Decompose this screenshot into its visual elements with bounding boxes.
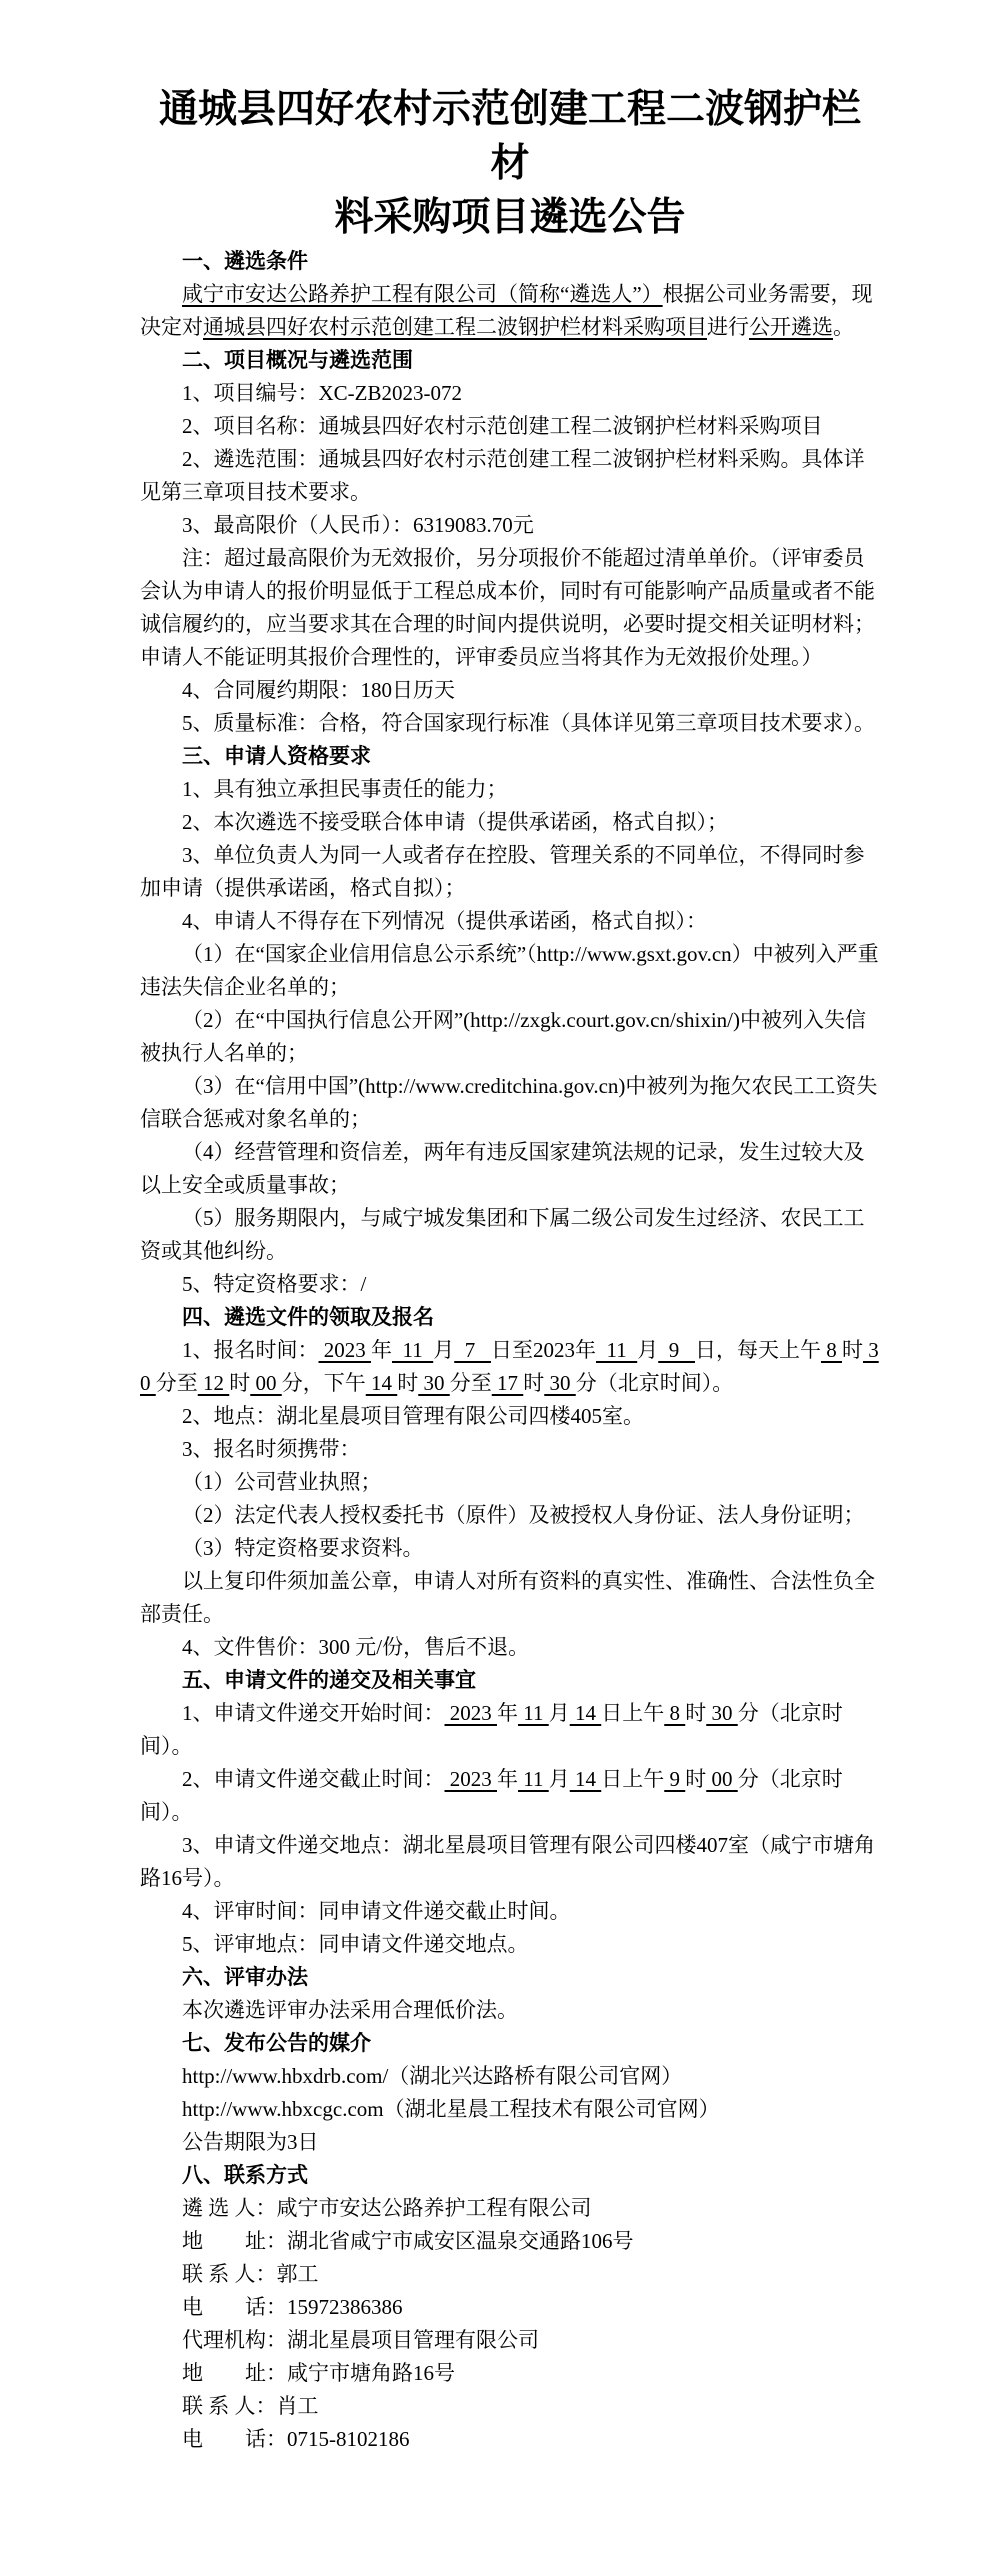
text-run: http://www.hbxcgc.com（湖北星晨工程技术有限公司官网） [182, 2097, 720, 2121]
paragraph: 1、报名时间： 2023 年 11 月 7 日至2023年 11 月 9 日，每… [140, 1334, 880, 1400]
text-run: 日上午 [601, 1701, 664, 1725]
text-run: 5、特定资格要求：/ [182, 1272, 366, 1296]
paragraph: 4、申请人不得存在下列情况（提供承诺函，格式自拟）： [140, 905, 880, 938]
text-run: 3、单位负责人为同一人或者存在控股、管理关系的不同单位，不得同时参加申请（提供承… [140, 843, 865, 900]
paragraph: 注：超过最高限价为无效报价，另分项报价不能超过清单单价。（评审委员会认为申请人的… [140, 542, 880, 674]
paragraph: 2、本次遴选不接受联合体申请（提供承诺函，格式自拟）； [140, 806, 880, 839]
text-run: 分至 [450, 1371, 492, 1395]
underlined-text: 9 [664, 1767, 685, 1791]
paragraph: 3、报名时须携带： [140, 1433, 880, 1466]
section-heading: 五、申请文件的递交及相关事宜 [140, 1664, 880, 1697]
document-title: 通城县四好农村示范创建工程二波钢护栏材料采购项目遴选公告 [140, 83, 880, 245]
text-run: http://www.hbxdrb.com/（湖北兴达路桥有限公司官网） [182, 2064, 682, 2088]
text-run: 四、遴选文件的领取及报名 [182, 1306, 434, 1329]
paragraph: 电 话：0715-8102186 [140, 2423, 880, 2456]
paragraph: 3、申请文件递交地点：湖北星晨项目管理有限公司四楼407室（咸宁市塘角路16号）… [140, 1829, 880, 1895]
text-run: 2、项目名称：通城县四好农村示范创建工程二波钢护栏材料采购项目 [182, 414, 823, 438]
text-run: 年 [497, 1767, 518, 1791]
paragraph: （4）经营管理和资信差，两年有违反国家建筑法规的记录，发生过较大及以上安全或质量… [140, 1136, 880, 1202]
underlined-text: 8 [664, 1701, 685, 1725]
section-heading: 三、申请人资格要求 [140, 740, 880, 773]
text-run: 代理机构：湖北星晨项目管理有限公司 [182, 2328, 539, 2352]
text-run: （1）公司营业执照； [182, 1470, 382, 1494]
text-run: （3）特定资格要求资料。 [182, 1536, 424, 1560]
paragraph: （3）特定资格要求资料。 [140, 1532, 880, 1565]
paragraph: 联 系 人：郭工 [140, 2258, 880, 2291]
underlined-text: 咸宁市安达公路养护工程有限公司（简称“遴选人”） [182, 282, 663, 306]
paragraph: http://www.hbxdrb.com/（湖北兴达路桥有限公司官网） [140, 2060, 880, 2093]
underlined-text: 2023 [445, 1701, 498, 1725]
text-run: 3、申请文件递交地点：湖北星晨项目管理有限公司四楼407室（咸宁市塘角路16号）… [140, 1833, 875, 1890]
paragraph: 2、申请文件递交截止时间： 2023 年 11 月 14 日上午 9 时 00 … [140, 1763, 880, 1829]
paragraph: （1）公司营业执照； [140, 1466, 880, 1499]
text-run: 3、最高限价（人民币）：6319083.70元 [182, 513, 534, 537]
paragraph: 1、项目编号：XC-ZB2023-072 [140, 377, 880, 410]
text-run: 4、合同履约期限：180日历天 [182, 678, 455, 702]
underlined-text: 2023 [319, 1338, 372, 1362]
text-run: 日，每天上午 [695, 1338, 821, 1362]
paragraph: 4、评审时间：同申请文件递交截止时间。 [140, 1895, 880, 1928]
paragraph: 3、最高限价（人民币）：6319083.70元 [140, 509, 880, 542]
underlined-text: 11 [518, 1701, 549, 1725]
paragraph: 咸宁市安达公路养护工程有限公司（简称“遴选人”）根据公司业务需要，现决定对通城县… [140, 278, 880, 344]
underlined-text: 7 [454, 1338, 491, 1362]
underlined-text: 14 [570, 1701, 602, 1725]
text-run: 地 址：湖北省咸宁市咸安区温泉交通路106号 [182, 2229, 634, 2253]
paragraph: http://www.hbxcgc.com（湖北星晨工程技术有限公司官网） [140, 2093, 880, 2126]
paragraph: （1）在“国家企业信用信息公示系统”（http://www.gsxt.gov.c… [140, 938, 880, 1004]
text-run: （1）在“国家企业信用信息公示系统”（http://www.gsxt.gov.c… [140, 942, 879, 999]
text-run: 5、评审地点：同申请文件递交地点。 [182, 1932, 529, 1956]
text-run: 月 [549, 1767, 570, 1791]
text-run: 时 [685, 1767, 706, 1791]
paragraph: 地 址：咸宁市塘角路16号 [140, 2357, 880, 2390]
paragraph: 1、申请文件递交开始时间： 2023 年 11 月 14 日上午 8 时 30 … [140, 1697, 880, 1763]
paragraph: 4、文件售价：300 元/份，售后不退。 [140, 1631, 880, 1664]
text-run: 4、申请人不得存在下列情况（提供承诺函，格式自拟）： [182, 909, 707, 933]
paragraph: 4、合同履约期限：180日历天 [140, 674, 880, 707]
underlined-text: 30 [706, 1701, 738, 1725]
text-run: 联 系 人：肖工 [182, 2394, 319, 2418]
text-run: 年 [371, 1338, 392, 1362]
paragraph: （5）服务期限内，与咸宁城发集团和下属二级公司发生过经济、农民工工资或其他纠纷。 [140, 1202, 880, 1268]
paragraph: 遴 选 人：咸宁市安达公路养护工程有限公司 [140, 2192, 880, 2225]
text-run: 1、申请文件递交开始时间： [182, 1701, 445, 1725]
paragraph: 代理机构：湖北星晨项目管理有限公司 [140, 2324, 880, 2357]
text-run: 2、地点：湖北星晨项目管理有限公司四楼405室。 [182, 1404, 644, 1428]
document-title-line2: 料采购项目遴选公告 [334, 196, 685, 239]
text-run: 日上午 [601, 1767, 664, 1791]
underlined-text: 11 [518, 1767, 549, 1791]
paragraph: 2、遴选范围：通城县四好农村示范创建工程二波钢护栏材料采购。具体详见第三章项目技… [140, 443, 880, 509]
text-run: 二、项目概况与遴选范围 [182, 349, 413, 372]
text-run: 2、本次遴选不接受联合体申请（提供承诺函，格式自拟）； [182, 810, 728, 834]
text-run: 电 话：15972386386 [182, 2295, 403, 2319]
text-run: 七、发布公告的媒介 [182, 2032, 371, 2055]
paragraph: 5、评审地点：同申请文件递交地点。 [140, 1928, 880, 1961]
text-run: 3、报名时须携带： [182, 1437, 361, 1461]
text-run: 八、联系方式 [182, 2164, 308, 2187]
paragraph: （3）在“信用中国”(http://www.creditchina.gov.cn… [140, 1070, 880, 1136]
text-run: 日至2023年 [491, 1338, 596, 1362]
paragraph: 1、具有独立承担民事责任的能力； [140, 773, 880, 806]
text-run: 三、申请人资格要求 [182, 745, 371, 768]
text-run: 时 [685, 1701, 706, 1725]
paragraph: （2）法定代表人授权委托书（原件）及被授权人身份证、法人身份证明； [140, 1499, 880, 1532]
text-run: 六、评审办法 [182, 1966, 308, 1989]
text-run: 月 [549, 1701, 570, 1725]
underlined-text: 8 [821, 1338, 842, 1362]
underlined-text: 通城县四好农村示范创建工程二波钢护栏材料采购项目 [203, 315, 707, 339]
text-run: 进行 [707, 315, 749, 339]
text-run: （4）经营管理和资信差，两年有违反国家建筑法规的记录，发生过较大及以上安全或质量… [140, 1140, 865, 1197]
underlined-text: 14 [366, 1371, 398, 1395]
underlined-text: 00 [250, 1371, 282, 1395]
paragraph: 联 系 人：肖工 [140, 2390, 880, 2423]
text-run: （5）服务期限内，与咸宁城发集团和下属二级公司发生过经济、农民工工资或其他纠纷。 [140, 1206, 865, 1263]
text-run: 分（北京时间）。 [576, 1371, 734, 1395]
text-run: 2、申请文件递交截止时间： [182, 1767, 445, 1791]
text-run: 以上复印件须加盖公章，申请人对所有资料的真实性、准确性、合法性负全部责任。 [140, 1569, 875, 1626]
text-run: 注：超过最高限价为无效报价，另分项报价不能超过清单单价。（评审委员会认为申请人的… [140, 546, 875, 669]
text-run: 月 [637, 1338, 658, 1362]
underlined-text: 11 [596, 1338, 637, 1362]
underlined-text: 2023 [445, 1767, 498, 1791]
underlined-text: 17 [492, 1371, 524, 1395]
paragraph: 电 话：15972386386 [140, 2291, 880, 2324]
paragraph: （2）在“中国执行信息公开网”(http://zxgk.court.gov.cn… [140, 1004, 880, 1070]
text-run: 五、申请文件的递交及相关事宜 [182, 1669, 476, 1692]
text-run: 。 [833, 315, 854, 339]
text-run: 时 [397, 1371, 418, 1395]
paragraph: 公告期限为3日 [140, 2126, 880, 2159]
underlined-text: 公开遴选 [749, 315, 833, 339]
text-run: 1、报名时间： [182, 1338, 319, 1362]
underlined-text: 12 [198, 1371, 230, 1395]
text-run: 公告期限为3日 [182, 2130, 319, 2154]
text-run: 5、质量标准：合格，符合国家现行标准（具体详见第三章项目技术要求）。 [182, 711, 875, 735]
paragraph: 2、地点：湖北星晨项目管理有限公司四楼405室。 [140, 1400, 880, 1433]
paragraph: 5、质量标准：合格，符合国家现行标准（具体详见第三章项目技术要求）。 [140, 707, 880, 740]
section-heading: 四、遴选文件的领取及报名 [140, 1301, 880, 1334]
text-run: 月 [433, 1338, 454, 1362]
section-heading: 一、遴选条件 [140, 245, 880, 278]
section-heading: 八、联系方式 [140, 2159, 880, 2192]
underlined-text: 11 [392, 1338, 433, 1362]
paragraph: 3、单位负责人为同一人或者存在控股、管理关系的不同单位，不得同时参加申请（提供承… [140, 839, 880, 905]
text-run: （2）法定代表人授权委托书（原件）及被授权人身份证、法人身份证明； [182, 1503, 865, 1527]
text-run: 时 [229, 1371, 250, 1395]
text-run: 联 系 人：郭工 [182, 2262, 319, 2286]
section-heading: 二、项目概况与遴选范围 [140, 344, 880, 377]
text-run: 时 [842, 1338, 863, 1362]
underlined-text: 00 [706, 1767, 738, 1791]
text-run: 2、遴选范围：通城县四好农村示范创建工程二波钢护栏材料采购。具体详见第三章项目技… [140, 447, 865, 504]
document-body: 一、遴选条件咸宁市安达公路养护工程有限公司（简称“遴选人”）根据公司业务需要，现… [140, 245, 880, 2456]
underlined-text: 30 [544, 1371, 576, 1395]
paragraph: 2、项目名称：通城县四好农村示范创建工程二波钢护栏材料采购项目 [140, 410, 880, 443]
text-run: 1、项目编号：XC-ZB2023-072 [182, 381, 462, 405]
text-run: 一、遴选条件 [182, 250, 308, 273]
text-run: 分，下午 [282, 1371, 366, 1395]
section-heading: 七、发布公告的媒介 [140, 2027, 880, 2060]
text-run: （2）在“中国执行信息公开网”(http://zxgk.court.gov.cn… [140, 1008, 866, 1065]
text-run: 4、评审时间：同申请文件递交截止时间。 [182, 1899, 571, 1923]
underlined-text: 14 [570, 1767, 602, 1791]
announcement-document: 通城县四好农村示范创建工程二波钢护栏材料采购项目遴选公告 一、遴选条件咸宁市安达… [0, 0, 1000, 2550]
text-run: 1、具有独立承担民事责任的能力； [182, 777, 508, 801]
underlined-text: 9 [658, 1338, 695, 1362]
section-heading: 六、评审办法 [140, 1961, 880, 1994]
paragraph: 本次遴选评审办法采用合理低价法。 [140, 1994, 880, 2027]
text-run: 时 [523, 1371, 544, 1395]
document-title-line1: 通城县四好农村示范创建工程二波钢护栏材 [159, 88, 861, 185]
text-run: （3）在“信用中国”(http://www.creditchina.gov.cn… [140, 1074, 877, 1131]
text-run: 地 址：咸宁市塘角路16号 [182, 2361, 455, 2385]
text-run: 分至 [156, 1371, 198, 1395]
text-run: 4、文件售价：300 元/份，售后不退。 [182, 1635, 529, 1659]
paragraph: 以上复印件须加盖公章，申请人对所有资料的真实性、准确性、合法性负全部责任。 [140, 1565, 880, 1631]
text-run: 电 话：0715-8102186 [182, 2427, 410, 2451]
underlined-text: 30 [418, 1371, 450, 1395]
text-run: 本次遴选评审办法采用合理低价法。 [182, 1998, 518, 2022]
paragraph: 地 址：湖北省咸宁市咸安区温泉交通路106号 [140, 2225, 880, 2258]
text-run: 年 [497, 1701, 518, 1725]
paragraph: 5、特定资格要求：/ [140, 1268, 880, 1301]
text-run: 遴 选 人：咸宁市安达公路养护工程有限公司 [182, 2196, 592, 2220]
